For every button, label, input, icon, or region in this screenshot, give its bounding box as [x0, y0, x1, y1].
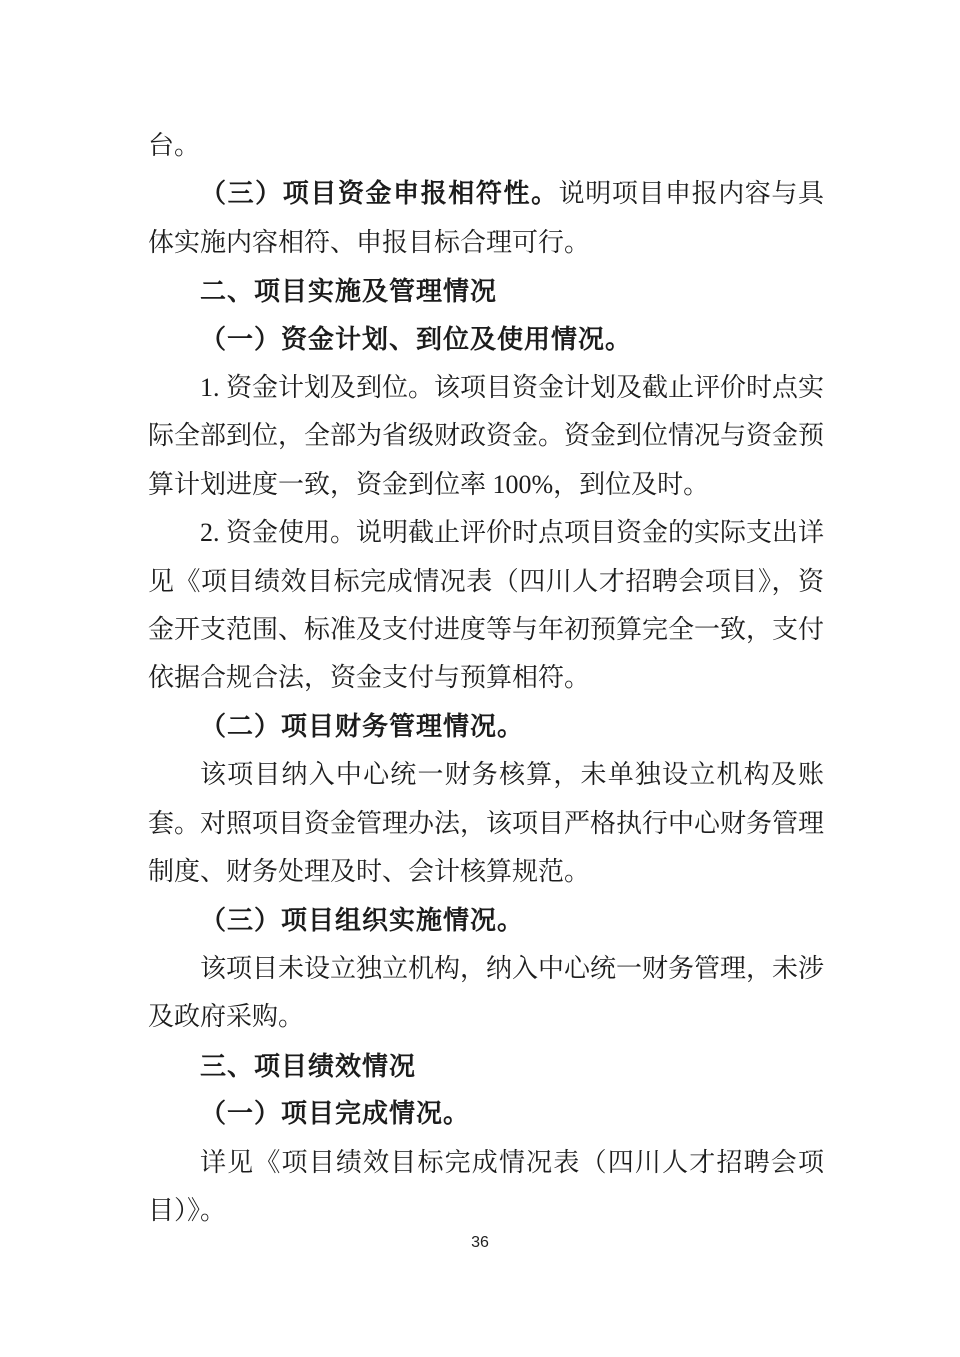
section-heading-level1: 二、项目实施及管理情况 [148, 267, 824, 315]
paragraph: 详见《项目绩效目标完成情况表（四川人才招聘会项目）》。 [148, 1139, 824, 1236]
paragraph: 1. 资金计划及到位。该项目资金计划及截止评价时点实际全部到位，全部为省级财政资… [148, 364, 824, 509]
paragraph-continuation: 台。 [148, 122, 824, 170]
page-number: 36 [0, 1234, 960, 1252]
paragraph: 该项目纳入中心统一财务核算，未单独设立机构及账套。对照项目资金管理办法，该项目严… [148, 751, 824, 896]
section-heading-level2: （三）项目组织实施情况。 [148, 897, 824, 945]
paragraph: 该项目未设立独立机构，纳入中心统一财务管理，未涉及政府采购。 [148, 945, 824, 1042]
paragraph-with-lead: （三）项目资金申报相符性。说明项目申报内容与具体实施内容相符、申报目标合理可行。 [148, 170, 824, 267]
document-body: 台。 （三）项目资金申报相符性。说明项目申报内容与具体实施内容相符、申报目标合理… [148, 122, 824, 1235]
paragraph: 2. 资金使用。说明截止评价时点项目资金的实际支出详见《项目绩效目标完成情况表（… [148, 509, 824, 703]
section-heading-level2: （一）项目完成情况。 [148, 1090, 824, 1138]
document-page: 台。 （三）项目资金申报相符性。说明项目申报内容与具体实施内容相符、申报目标合理… [0, 0, 960, 1357]
section-heading-level2: （一）资金计划、到位及使用情况。 [148, 316, 824, 364]
section-heading-level2: （二）项目财务管理情况。 [148, 703, 824, 751]
section-heading-level1: 三、项目绩效情况 [148, 1042, 824, 1090]
inline-heading-lead: （三）项目资金申报相符性。 [200, 179, 559, 208]
